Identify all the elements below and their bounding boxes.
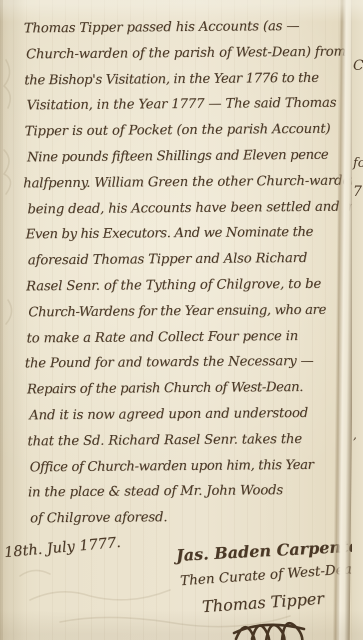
manuscript-line: Visitation, in the Year 1777 — The said … (26, 91, 340, 120)
manuscript-line: And it is now agreed upon and understood (29, 401, 343, 430)
facing-page-text-fragment: C (353, 58, 363, 74)
manuscript-line: of Chilgrove aforesd. (30, 504, 344, 533)
manuscript-line: Nine pounds fifteen Shillings and Eleven… (27, 143, 341, 172)
manuscript-line: Even by his Executors. And we Nominate t… (26, 220, 342, 249)
facing-page-text-fragment: 7 (353, 184, 362, 200)
manuscript-line: the Bishop's Visitation, in the Year 177… (24, 65, 340, 94)
manuscript-line: being dead, his Accounts have been settl… (27, 194, 341, 223)
date-line: 18th. July 1777. (4, 535, 122, 561)
manuscript-line: Thomas Tipper passed his Accounts (as — (24, 14, 340, 43)
facing-page-text-fragment: , (353, 428, 357, 442)
manuscript-line: that the Sd. Richard Rasel Senr. takes t… (27, 426, 343, 455)
manuscript-line: Tipper is out of Pocket (on the parish A… (25, 117, 341, 146)
manuscript-line: Church-warden of the parish of West-Dean… (26, 39, 340, 68)
manuscript-line: Rasel Senr. of the Tything of Chilgrove,… (26, 272, 342, 301)
facing-page-text-fragment: fo (353, 156, 363, 171)
manuscript-line: aforesaid Thomas Tipper and Also Richard (28, 246, 342, 275)
manuscript-line: the Pound for and towards the Necessary … (25, 349, 343, 378)
signature-flourish-illegible (232, 613, 332, 640)
manuscript-line: Repairs of the parish Church of West-Dea… (27, 375, 343, 404)
manuscript-line: in the place & stead of Mr. John Woods (28, 478, 344, 507)
facing-page-sliver: C fo 7 , (352, 0, 363, 640)
manuscript-text-block: Thomas Tipper passed his Accounts (as — … (24, 14, 344, 533)
manuscript-line: Office of Church-warden upon him, this Y… (30, 452, 344, 481)
manuscript-line: to make a Rate and Collect Four pence in (26, 323, 342, 352)
manuscript-line: Church-Wardens for the Year ensuing, who… (28, 297, 342, 326)
manuscript-page-photo: Thomas Tipper passed his Accounts (as — … (0, 0, 363, 640)
manuscript-line: halfpenny. William Green the other Churc… (23, 168, 341, 197)
